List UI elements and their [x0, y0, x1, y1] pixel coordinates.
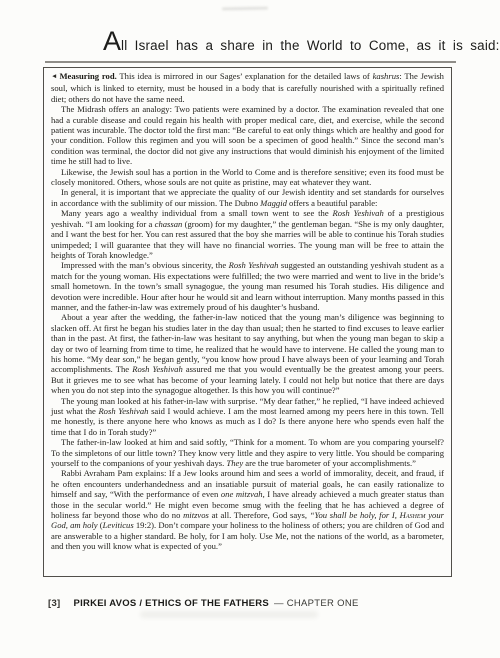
text-segment: Measuring rod. — [59, 71, 116, 81]
commentary-paragraph: About a year after the wedding, the fath… — [51, 312, 444, 395]
commentary-paragraph: Likewise, the Jewish soul has a portion … — [51, 167, 444, 188]
footer-book-title: PIRKEI AVOS / ETHICS OF THE FATHERS — [74, 598, 269, 609]
text-segment: Rosh Yeshivah — [98, 406, 148, 416]
page-footer: [3] PIRKEI AVOS / ETHICS OF THE FATHERS … — [48, 598, 359, 609]
commentary-paragraph: Impressed with the man’s obvious sinceri… — [51, 260, 444, 312]
commentary-paragraph: The father-in-law looked at him and said… — [51, 437, 444, 468]
commentary-text: ◄Measuring rod. This idea is mirrored in… — [51, 71, 444, 552]
text-segment: Leviticus — [103, 520, 134, 530]
mishnah-header-text: ll Israel has a share in the World to Co… — [121, 38, 500, 53]
text-segment: kashrus — [373, 71, 400, 81]
text-segment: chassan — [155, 219, 183, 229]
text-segment: mitzvos — [183, 510, 209, 520]
scan-smudge-bottom — [140, 611, 318, 618]
leaf-ornament-icon: ◄ — [51, 73, 57, 80]
commentary-box: ◄Measuring rod. This idea is mirrored in… — [43, 67, 452, 577]
text-segment: Rosh Yeshivah — [229, 260, 279, 270]
footer-chapter-label: — CHAPTER ONE — [274, 598, 359, 609]
text-segment: Maggid — [260, 198, 287, 208]
commentary-paragraph: The Midrash offers an analogy: Two patie… — [51, 104, 444, 166]
footer-page-number: [3] — [48, 598, 61, 609]
scan-smudge-top — [222, 7, 268, 11]
dropcap-letter: A — [103, 28, 121, 55]
text-segment: They — [226, 458, 243, 468]
header-divider-rule — [45, 61, 456, 63]
mishnah-header: All Israel has a share in the World to C… — [103, 28, 475, 55]
text-segment: Rosh Yeshivah — [332, 208, 383, 218]
commentary-paragraph: ◄Measuring rod. This idea is mirrored in… — [51, 71, 444, 104]
text-segment: “You shall be holy, for I, — [310, 510, 400, 520]
commentary-paragraph: The young man looked at his father-in-la… — [51, 396, 444, 438]
commentary-paragraph: In general, it is important that we appr… — [51, 187, 444, 208]
commentary-paragraph: Many years ago a wealthy individual from… — [51, 208, 444, 260]
text-segment: Rosh Yeshivah — [132, 364, 183, 374]
commentary-paragraph: Rabbi Avraham Pam explains: If a Jew loo… — [51, 468, 444, 551]
text-segment: one mitzvah — [221, 489, 263, 499]
text-segment: Hashem — [400, 510, 426, 520]
text-segment: This idea is mirrored in our Sages’ expl… — [117, 71, 373, 81]
